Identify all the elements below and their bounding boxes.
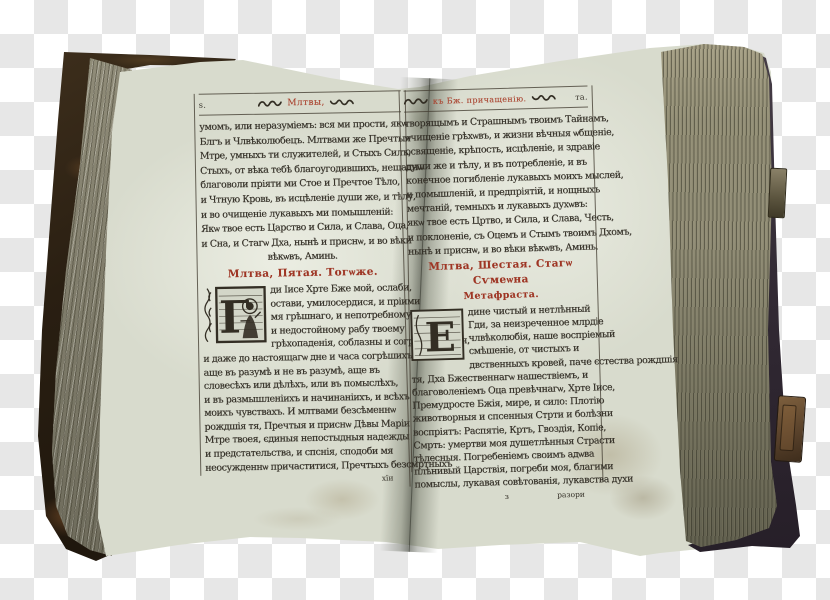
quire-signature: хїи xyxy=(382,474,394,483)
left-page: ѕ. Млтвы, умомъ, или неразуміемъ: вся ми… xyxy=(194,90,413,476)
right-prayer-heading-line2: Метафраста. xyxy=(409,287,593,304)
left-prayer-heading: Млтва, Пятая. Тогѡже. xyxy=(202,264,404,283)
transparency-checkerboard: ѕ. Млтвы, умомъ, или неразуміемъ: вся ми… xyxy=(0,0,830,600)
catchword: разори xyxy=(557,489,585,499)
right-running-title: къ Бж. причащенію. xyxy=(433,94,527,106)
quire-signature: з xyxy=(505,491,509,500)
right-page-ruled-frame: къ Бж. причащенію. та. творящымъ и Страш… xyxy=(399,85,604,486)
woodcut-initial: Е xyxy=(410,308,466,365)
left-prayer-body: Г xyxy=(202,281,407,475)
right-folio-number: та. xyxy=(575,92,588,101)
right-prayer-heading-line1: Млтва, Шестая. Стагѡ Сѵмеѡна xyxy=(408,255,593,290)
headpiece-ornament-icon xyxy=(404,96,428,106)
metal-clasp-top xyxy=(768,168,788,219)
header-spacer xyxy=(359,101,401,102)
right-page-body: творящымъ и Страшнымъ твоимъ Тайнамъ,ѡчи… xyxy=(404,107,599,505)
metal-clasp-bottom xyxy=(774,395,807,463)
left-running-title: Млтвы, xyxy=(287,98,325,109)
right-prayer-body: Е дине чистый и нетлѣнныйГди, за неизреч… xyxy=(410,302,599,492)
headpiece-ornament-icon xyxy=(330,98,354,107)
page-stain xyxy=(238,503,358,535)
headpiece-ornament-icon xyxy=(258,99,282,108)
woodcut-initial-with-saint: Г xyxy=(202,286,267,349)
left-page-body: умомъ, или неразуміемъ: вся ми прости, я… xyxy=(199,112,407,489)
headpiece-ornament-icon xyxy=(531,93,555,103)
header-spacer xyxy=(211,104,253,105)
left-page-ruled-frame: ѕ. Млтвы, умомъ, или неразуміемъ: вся ми… xyxy=(194,90,413,476)
marginal-vine-ornament-icon xyxy=(205,288,212,341)
drop-cap-letter: Е xyxy=(424,313,456,362)
left-paragraph-end: умомъ, или неразуміемъ: вся ми прости, я… xyxy=(199,117,404,266)
text-line: неосужденнѡ причаститися, Пречтыхъ безсм… xyxy=(205,458,407,475)
right-page: къ Бж. причащенію. та. творящымъ и Страш… xyxy=(399,85,604,486)
right-paragraph-end: творящымъ и Страшнымъ твоимъ Тайнамъ,ѡчи… xyxy=(404,112,592,259)
left-folio-mark: ѕ. xyxy=(199,100,206,109)
